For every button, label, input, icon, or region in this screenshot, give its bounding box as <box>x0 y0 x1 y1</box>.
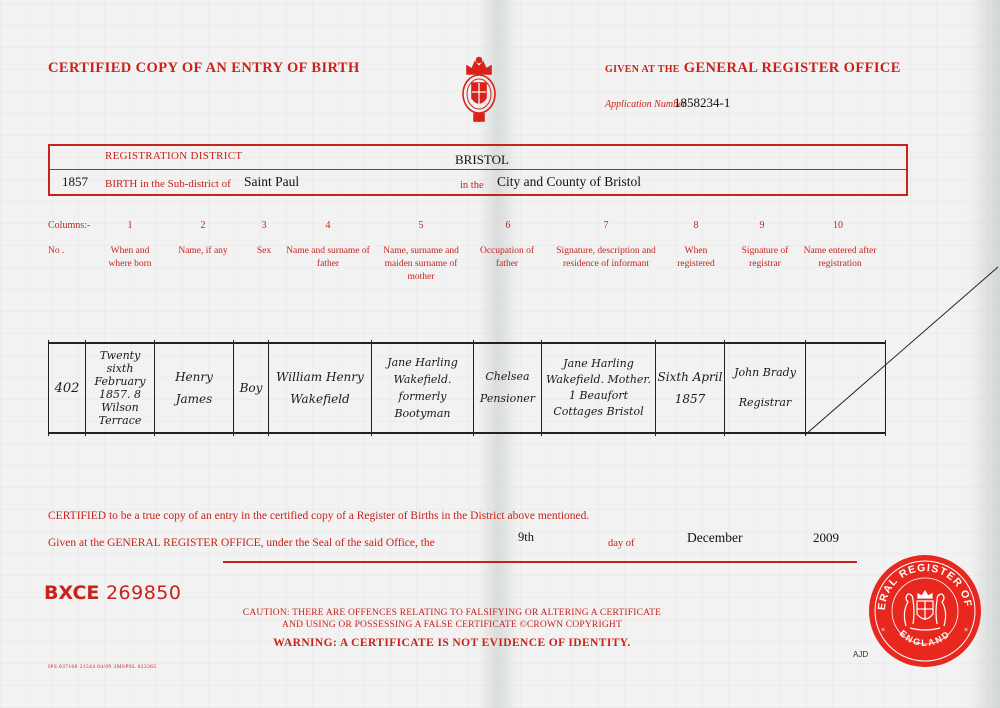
column-number-8: 8 <box>676 220 716 231</box>
registration-year: 1857 <box>62 174 88 190</box>
column-header-3: Sex <box>249 245 279 258</box>
clerk-initials: AJD <box>853 650 868 659</box>
table-rule <box>655 340 656 436</box>
column-header-2: Name, if any <box>163 245 243 258</box>
column-number-1: 1 <box>110 220 150 231</box>
column-number-10: 10 <box>818 220 858 231</box>
given-at-statement: Given at the GENERAL REGISTER OFFICE, un… <box>48 537 435 549</box>
entry-name: Henry James <box>156 344 232 432</box>
red-divider <box>223 561 857 563</box>
day-of-label: day of <box>608 538 635 549</box>
entry-father: William Henry Wakefield <box>270 344 370 432</box>
table-rule <box>85 340 86 436</box>
entry-occupation: Chelsea Pensioner <box>475 344 540 432</box>
table-rule <box>541 340 542 436</box>
serial-number: 269850 <box>106 582 182 604</box>
column-header-1: When and where born <box>98 245 162 271</box>
svg-text:×: × <box>881 627 885 634</box>
column-header-6: Occupation of father <box>477 245 537 271</box>
column-number-6: 6 <box>488 220 528 231</box>
print-code: IPS 037108 21544 04/09 3MSPSL 023365 <box>48 664 156 670</box>
certification-statement: CERTIFIED to be a true copy of an entry … <box>48 510 589 522</box>
entry-registrar: John Brady Registrar <box>726 344 804 432</box>
certification-month: December <box>687 530 742 546</box>
entry-informant: Jane Harling Wakefield. Mother. 1 Beaufo… <box>543 344 654 432</box>
strike-through-line <box>800 265 1000 440</box>
office-name: GENERAL REGISTER OFFICE <box>684 60 901 76</box>
registration-district-value: BRISTOL <box>455 152 509 168</box>
table-rule <box>473 340 474 436</box>
certificate-title: CERTIFIED COPY OF AN ENTRY OF BIRTH <box>48 60 360 77</box>
given-at-office: GIVEN AT THE GENERAL REGISTER OFFICE <box>605 60 901 77</box>
table-rule <box>154 340 155 436</box>
registration-district-label: REGISTRATION DISTRICT <box>105 150 242 162</box>
column-header-9: Signature of registrar <box>734 245 796 271</box>
serial-prefix: BXCE <box>44 582 99 604</box>
certificate-serial: BXCE 269850 <box>44 582 181 604</box>
entry-mother: Jane Harling Wakefield. formerly Bootyma… <box>373 344 472 432</box>
column-header-no: No . <box>48 245 64 258</box>
entry-number: 402 <box>49 344 85 432</box>
columns-label: Columns:- <box>48 220 90 231</box>
table-rule <box>724 340 725 436</box>
royal-crest-icon <box>459 56 499 128</box>
svg-text:×: × <box>964 627 968 634</box>
caution-line-2: AND USING OR POSSESSING A FALSE CERTIFIC… <box>222 619 682 631</box>
subdistrict-value: Saint Paul <box>244 174 299 190</box>
registration-box-divider <box>50 169 906 170</box>
certification-year: 2009 <box>813 530 839 546</box>
column-header-5: Name, surname and maiden surname of moth… <box>375 245 467 284</box>
entry-when-where-born: Twenty sixth February 1857. 8 Wilson Ter… <box>87 344 153 432</box>
column-number-2: 2 <box>183 220 223 231</box>
general-register-office-seal-icon: GENERAL REGISTER OFFICE ENGLAND × × <box>868 554 982 668</box>
caution-notice: CAUTION: THERE ARE OFFENCES RELATING TO … <box>222 607 682 631</box>
column-number-5: 5 <box>401 220 441 231</box>
column-number-3: 3 <box>244 220 284 231</box>
given-at-prefix: GIVEN AT THE <box>605 64 680 75</box>
column-number-7: 7 <box>586 220 626 231</box>
table-rule <box>371 340 372 436</box>
table-rule <box>268 340 269 436</box>
county-value: City and County of Bristol <box>497 174 641 190</box>
column-number-4: 4 <box>308 220 348 231</box>
in-the-label: in the <box>460 180 484 191</box>
subdistrict-label: BIRTH in the Sub-district of <box>105 178 231 190</box>
entry-sex: Boy <box>234 344 268 432</box>
column-header-4: Name and surname of father <box>283 245 373 271</box>
column-header-7: Signature, description and residence of … <box>548 245 664 271</box>
identity-warning: WARNING: A CERTIFICATE IS NOT EVIDENCE O… <box>222 637 682 649</box>
entry-when-registered: Sixth April 1857 <box>657 344 723 432</box>
certification-day: 9th <box>518 530 534 545</box>
column-header-8: When registered <box>670 245 722 271</box>
column-number-9: 9 <box>742 220 782 231</box>
caution-line-1: CAUTION: THERE ARE OFFENCES RELATING TO … <box>222 607 682 619</box>
application-number: 1858234-1 <box>674 95 730 111</box>
